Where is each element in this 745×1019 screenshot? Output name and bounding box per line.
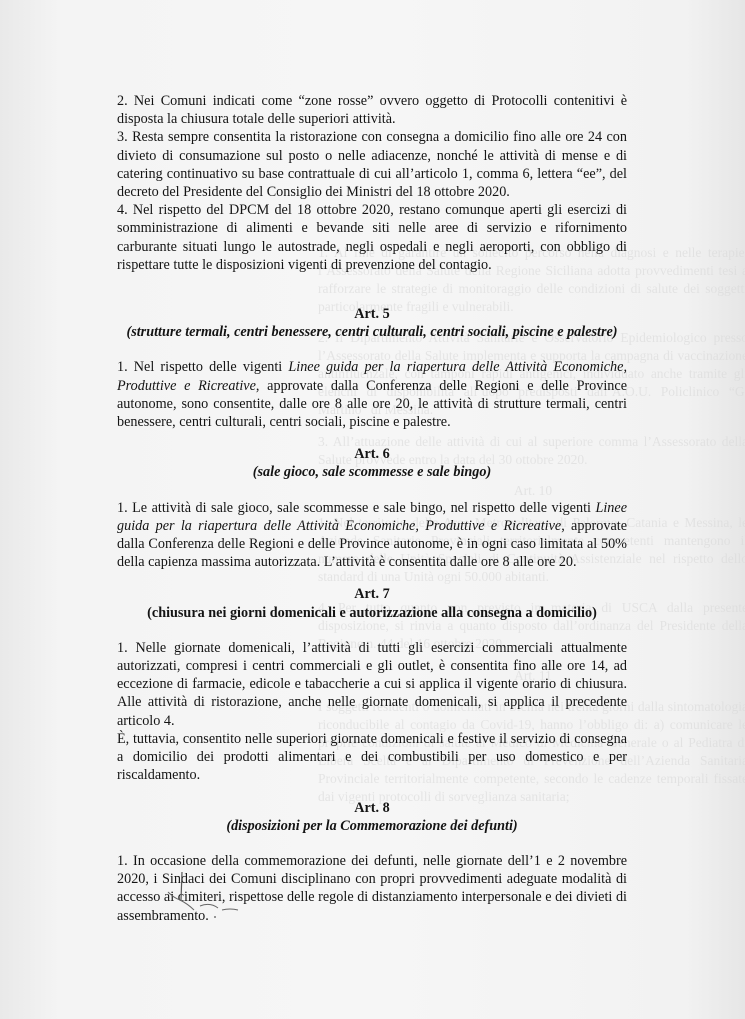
art-8-title: Art. 8 [117,799,627,817]
scanned-document-page: 1. Al fine di garantire un sollecito per… [0,0,745,1019]
art-7-title: Art. 7 [117,585,627,603]
art-6-paragraph-1: 1. Le attività di sale gioco, sale scomm… [117,499,627,572]
art-8-subtitle: (disposizioni per la Commemorazione dei … [117,817,627,835]
paragraph-3: 3. Resta sempre consentita la ristorazio… [117,128,627,201]
art-5-title: Art. 5 [117,305,627,323]
art-7-subtitle: (chiusura nei giorni domenicali e autori… [117,604,627,622]
art-6-title: Art. 6 [117,445,627,463]
art-6-subtitle: (sale gioco, sale scommesse e sale bingo… [117,463,627,481]
art-5-subtitle: (strutture termali, centri benessere, ce… [117,323,627,341]
signature-mark-icon [160,870,250,920]
paragraph-2: 2. Nei Comuni indicati come “zone rosse”… [117,92,627,128]
paragraph-4: 4. Nel rispetto del DPCM del 18 ottobre … [117,201,627,274]
art-7-paragraph-2: È, tuttavia, consentito nelle superiori … [117,730,627,785]
document-body: 2. Nei Comuni indicati come “zone rosse”… [117,92,627,925]
art-7-paragraph-1: 1. Nelle giornate domenicali, l’attività… [117,639,627,730]
art-5-paragraph-1: 1. Nel rispetto delle vigenti Linee guid… [117,358,627,431]
